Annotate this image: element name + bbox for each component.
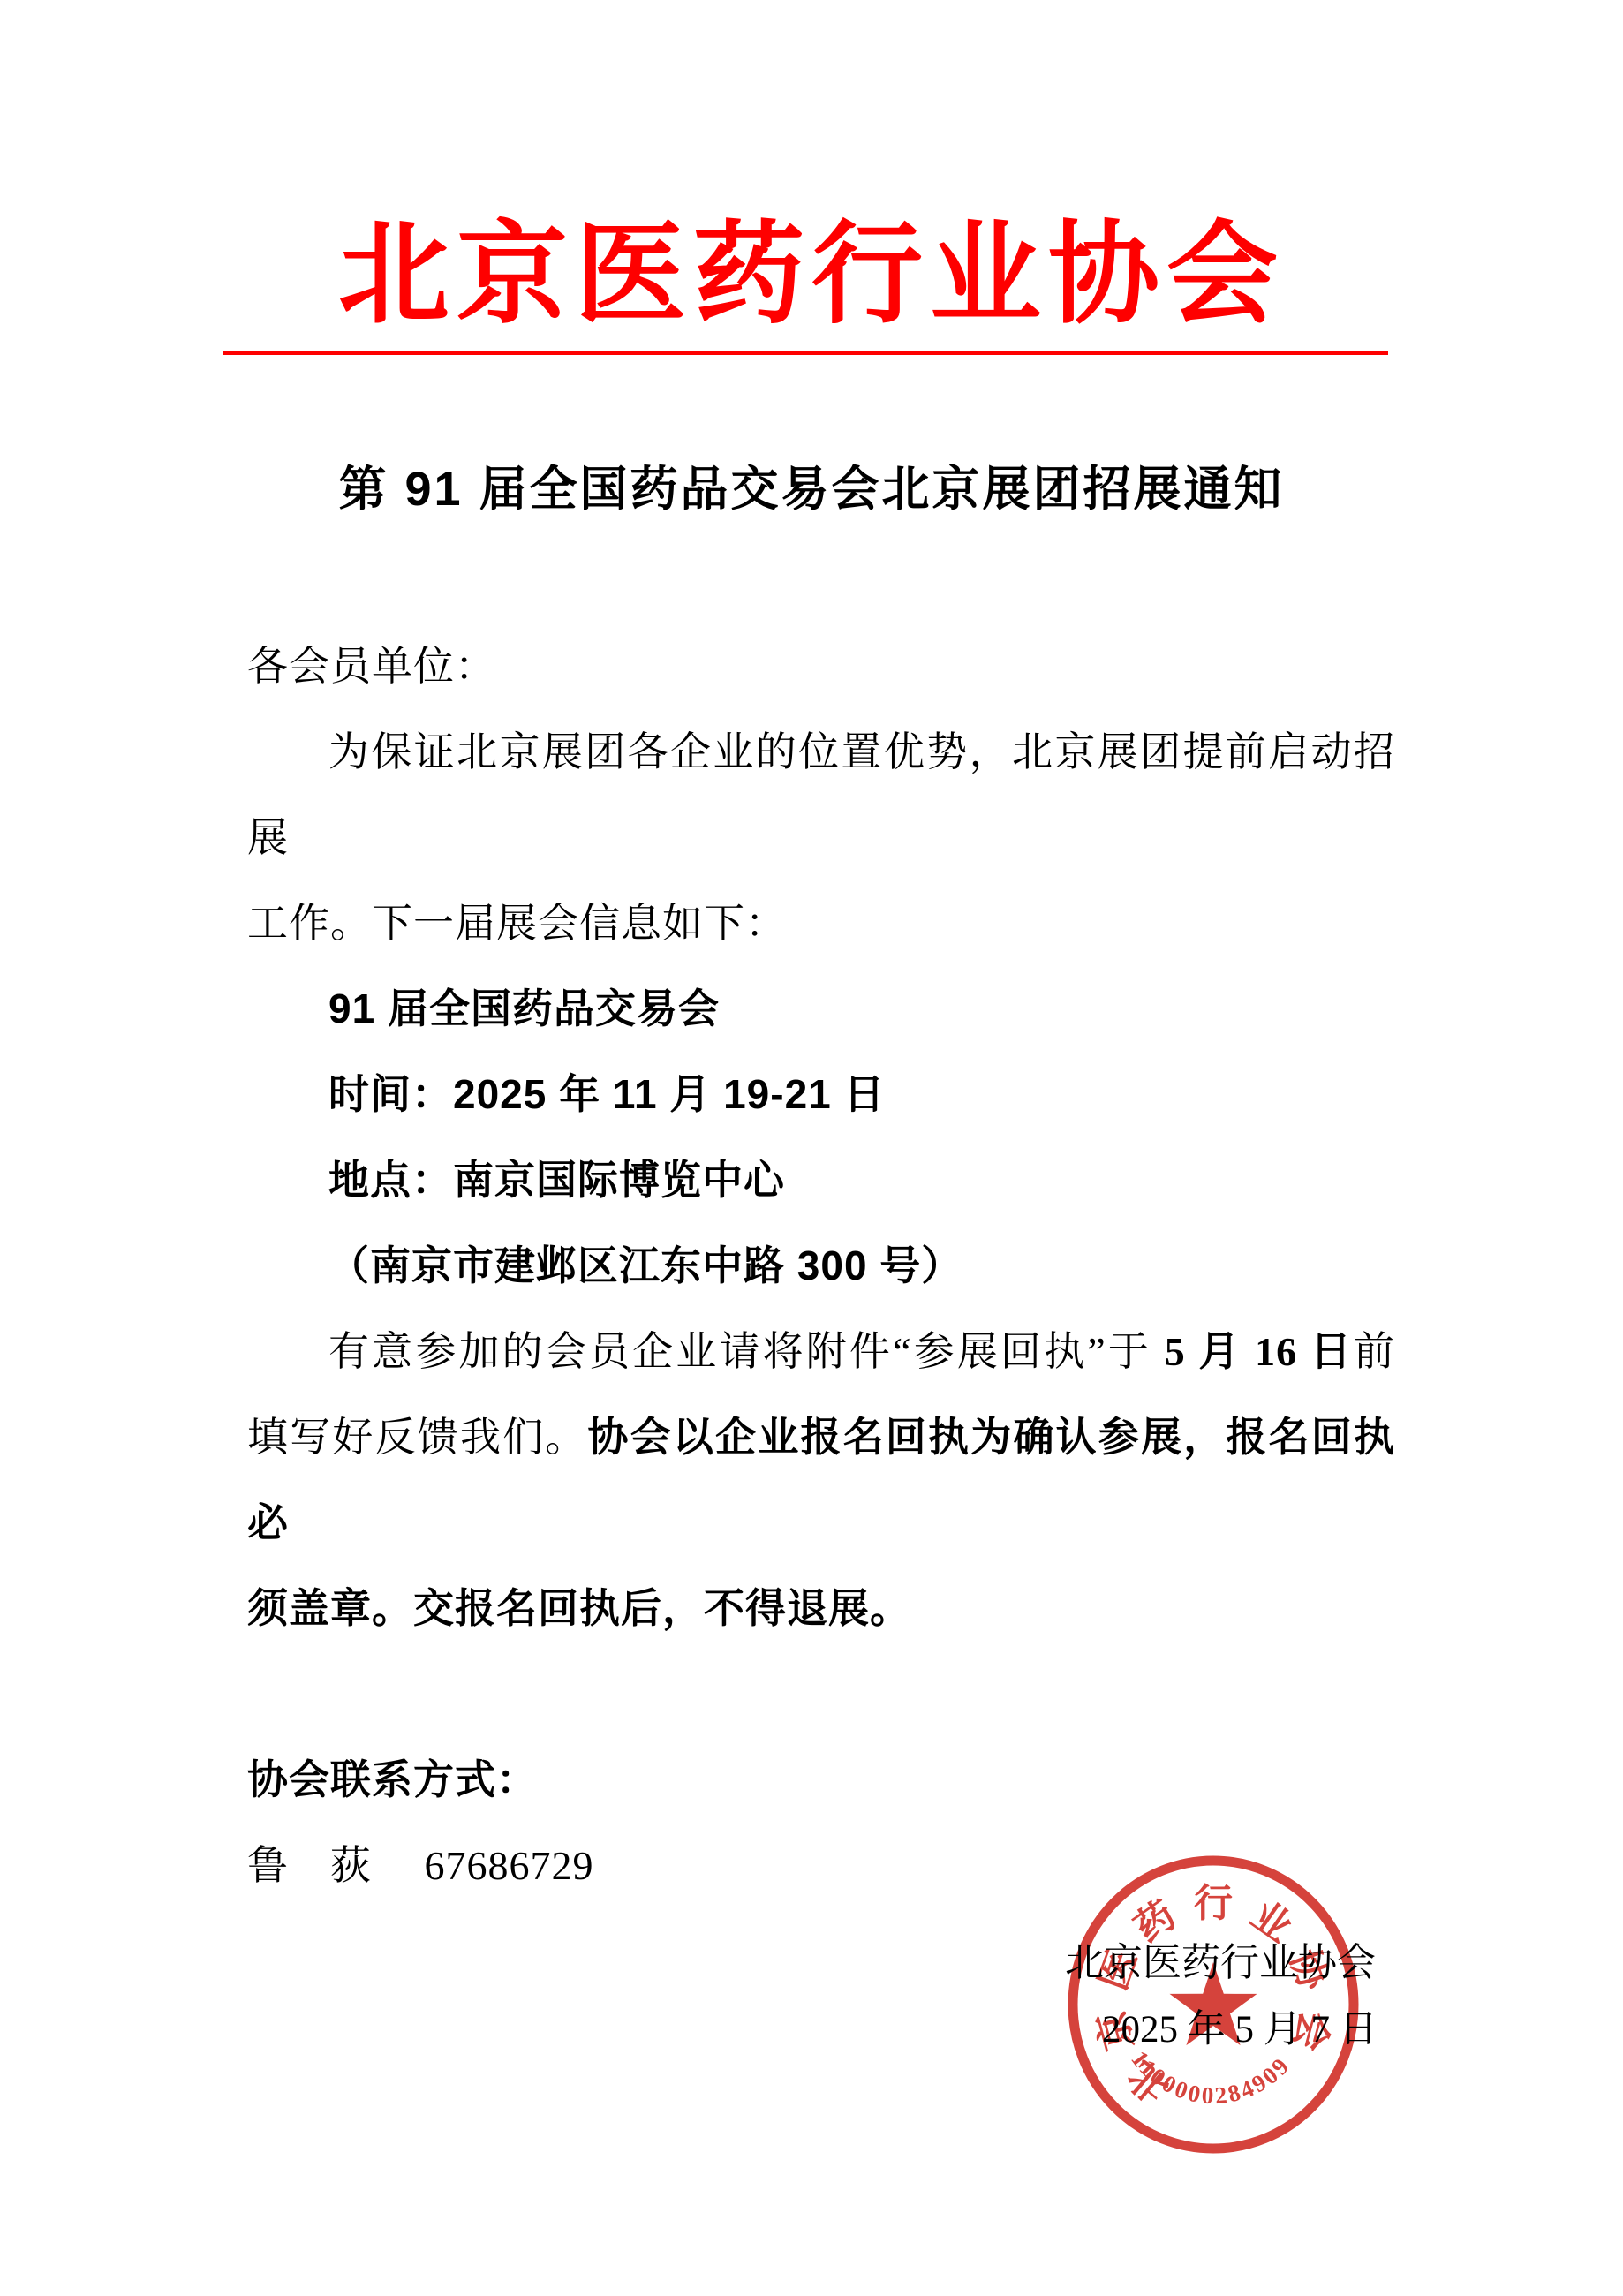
blank-line [247, 1651, 1395, 1737]
event-address: （南京市建邺区江东中路 300 号） [247, 1223, 1395, 1309]
event-venue: 地点：南京国际博览中心 [247, 1137, 1395, 1223]
para2-line1-pre: 有意参加的会员企业请将附件“参展回执”于 [328, 1329, 1165, 1374]
document-page: 北京医药行业协会 第 91 届全国药品交易会北京展团招展通知 各会员单位： 为保… [0, 0, 1623, 2296]
contact-heading: 协会联系方式： [247, 1737, 1395, 1823]
event-time: 时间：2025 年 11 月 19-21 日 [247, 1052, 1395, 1137]
para2-line1-bold: 5 月 16 日 [1165, 1329, 1354, 1374]
svg-text:行: 行 [1194, 1882, 1233, 1925]
para2-line2: 填写好反馈我们。协会以企业报名回执为确认参展，报名回执必 [247, 1394, 1395, 1566]
event-name: 91 届全国药品交易会 [247, 966, 1395, 1052]
para2-line1-post: 前 [1354, 1329, 1395, 1374]
salutation: 各会员单位： [247, 623, 1395, 709]
para2-line3: 须盖章。交报名回执后，不得退展。 [247, 1566, 1395, 1651]
org-title: 北京医药行业协会 [0, 210, 1623, 343]
signature-org: 北京医药行业协会 [1065, 1936, 1376, 1990]
para1-line1: 为保证北京展团各企业的位置优势，北京展团提前启动招展 [247, 709, 1395, 880]
body-text: 各会员单位： 为保证北京展团各企业的位置优势，北京展团提前启动招展 工作。下一届… [247, 623, 1395, 1908]
notice-title: 第 91 届全国药品交易会北京展团招展通知 [0, 457, 1623, 521]
header-divider [223, 351, 1388, 355]
para2-line2-pre: 填写好反馈我们。 [247, 1415, 588, 1460]
signature-date: 2025 年 5 月 7 日 [1102, 2003, 1378, 2058]
para1-line2: 工作。下一届展会信息如下： [247, 880, 1395, 966]
para2-line1: 有意参加的会员企业请将附件“参展回执”于 5 月 16 日前 [247, 1309, 1395, 1394]
